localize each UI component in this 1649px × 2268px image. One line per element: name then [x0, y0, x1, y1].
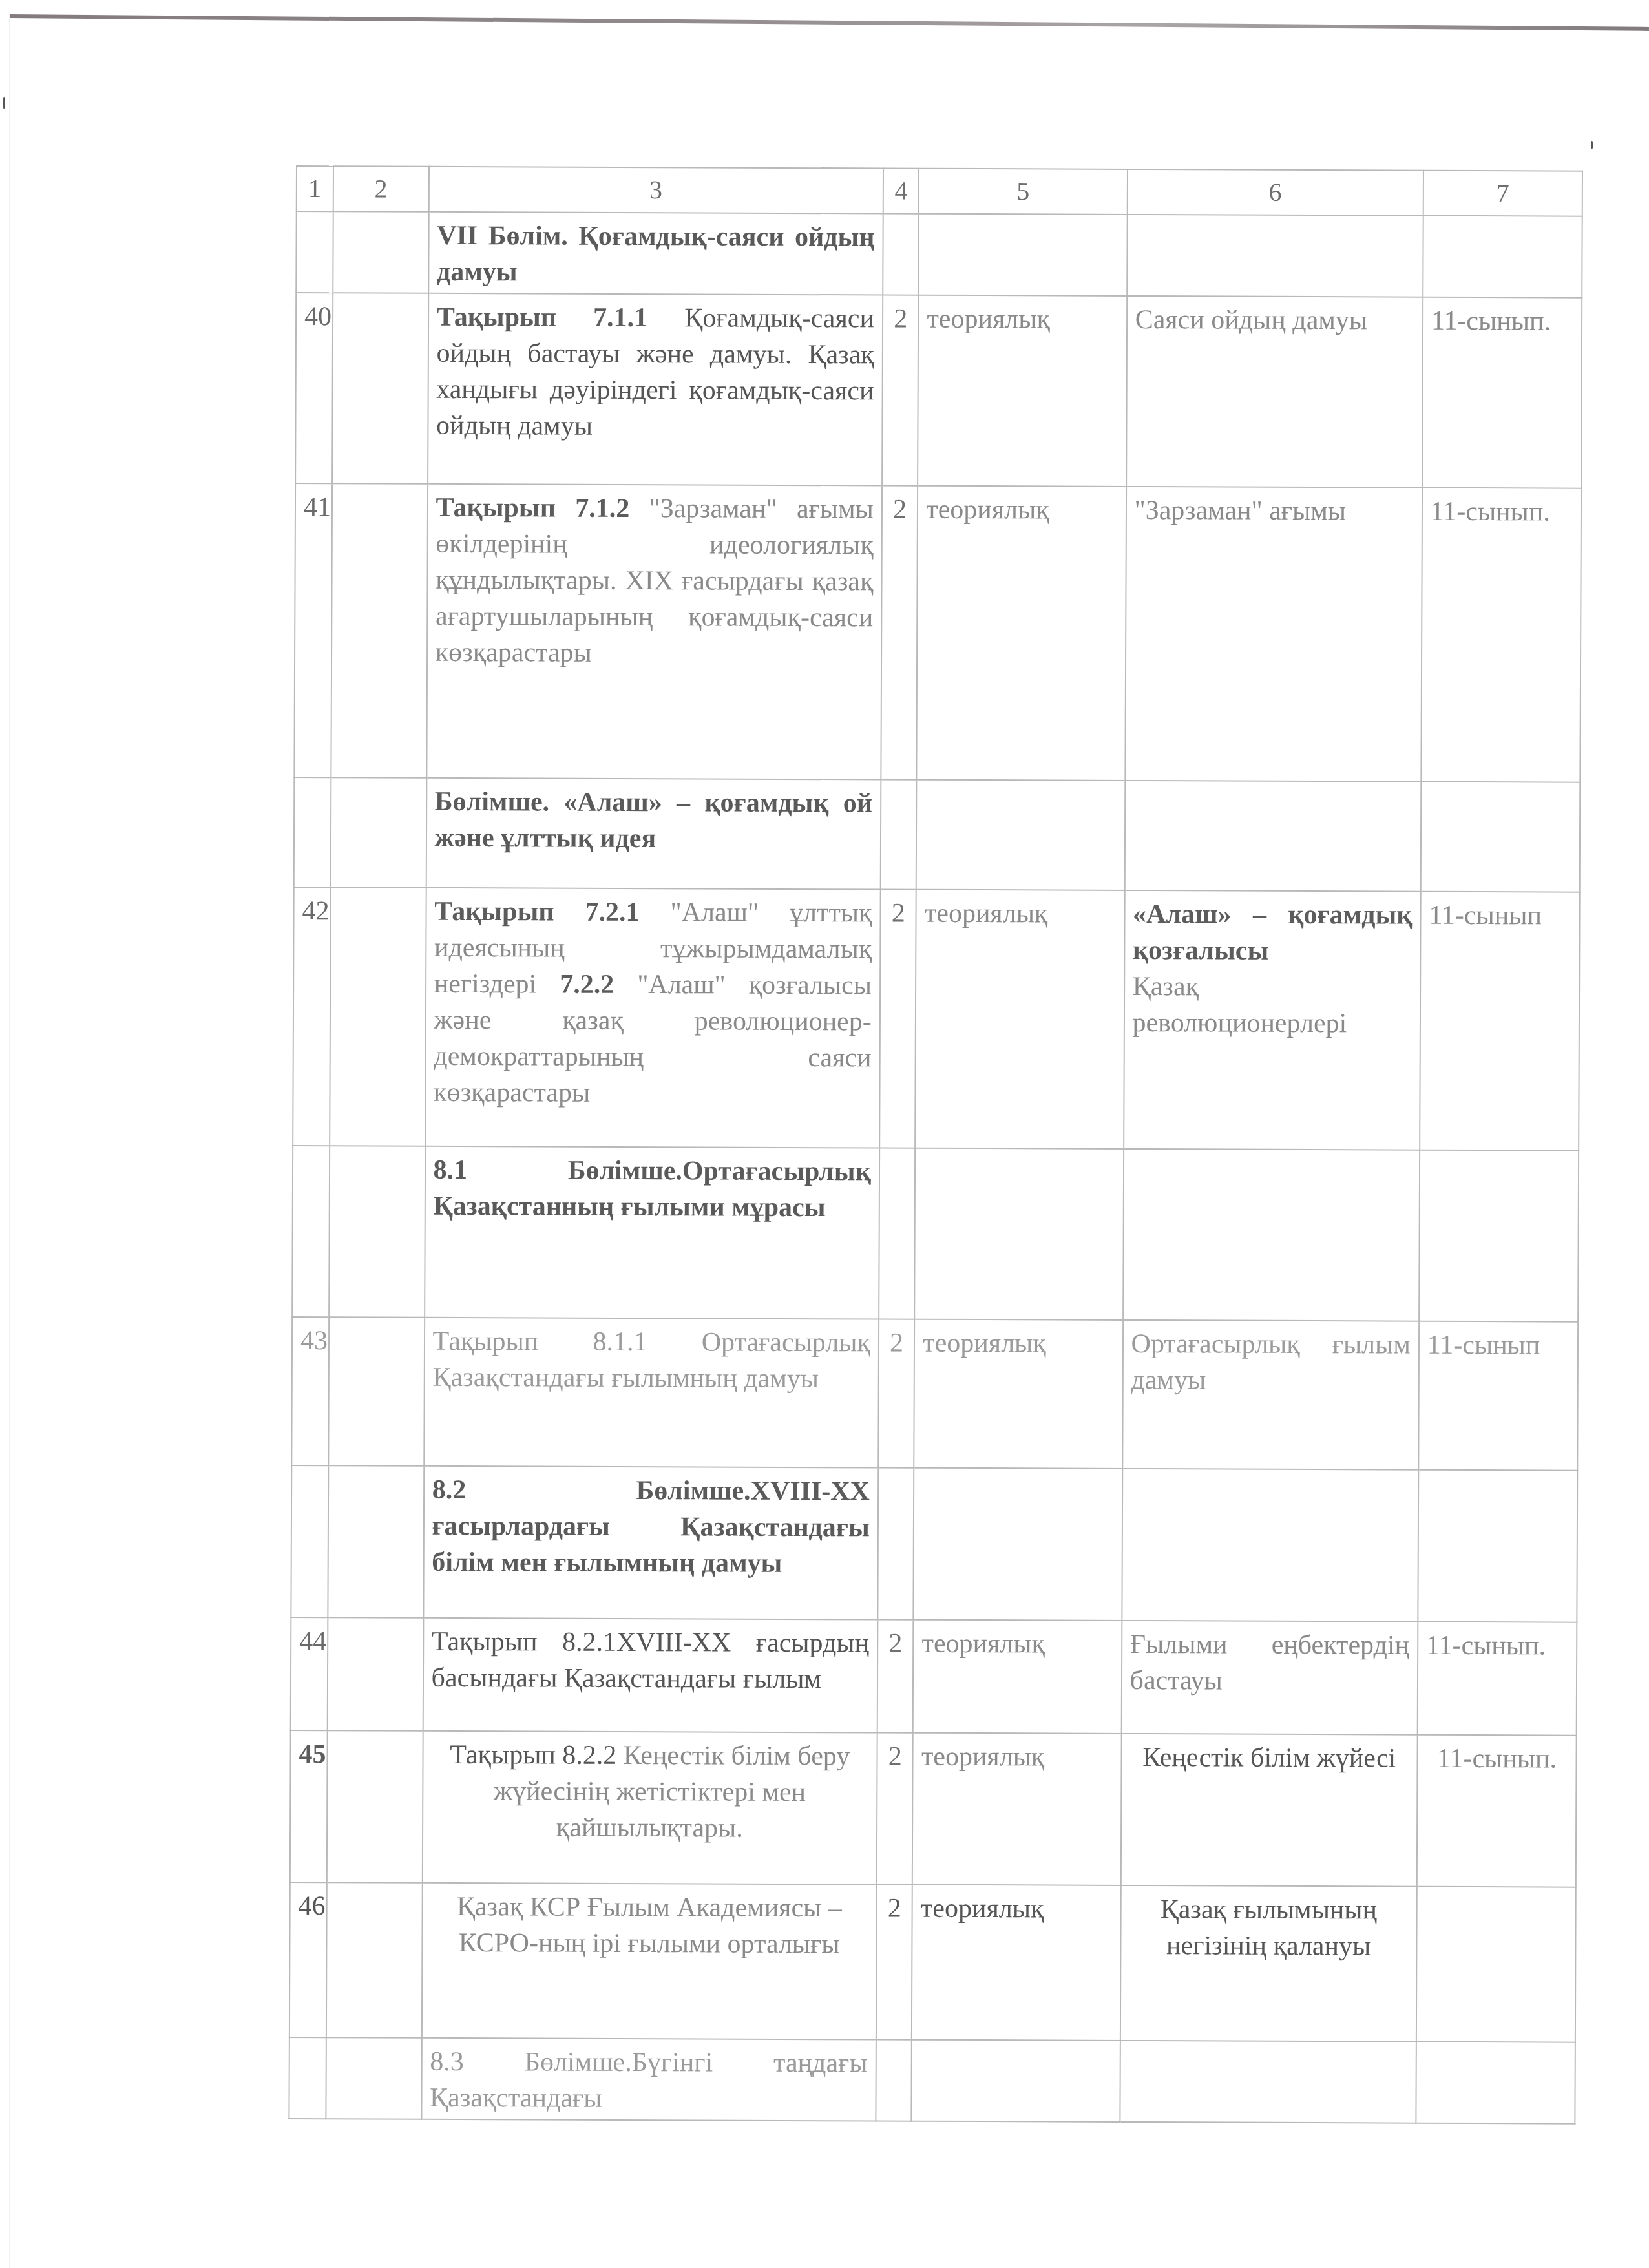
empty-cell	[330, 887, 426, 1146]
section-title: 8.2 Бөлімше.XVIII-XX ғасырлардағы Қазақс…	[423, 1466, 878, 1620]
hours-cell: 2	[877, 1619, 914, 1732]
section-row: VII Бөлім. Қоғамдық-саяси ойдың дамуы	[296, 211, 1582, 298]
section-title: Бөлімше. «Алаш» – қоғамдық ой және ұлтты…	[426, 778, 881, 890]
empty-cell	[912, 2040, 1120, 2122]
row-number: 46	[289, 1882, 327, 2037]
empty-cell	[328, 1465, 424, 1618]
empty-cell	[1120, 2041, 1416, 2123]
grade-cell: 11-сынып.	[1418, 1622, 1577, 1736]
hours-cell: 2	[876, 1884, 912, 2039]
section-row: Бөлімше. «Алаш» – қоғамдық ой және ұлтты…	[294, 777, 1581, 892]
scan-speck	[1591, 141, 1593, 149]
topic-label: Тақырып 7.2.1	[434, 897, 640, 927]
section-title: 8.1 Бөлімше.Ортағасырлық Қазақстанның ғы…	[425, 1146, 879, 1319]
empty-cell	[333, 211, 429, 293]
grade-cell: 11-сынып.	[1421, 488, 1581, 782]
empty-cell	[1423, 216, 1582, 298]
empty-cell	[330, 777, 426, 888]
content-cell: Ғылыми еңбектердің бастауы	[1121, 1621, 1418, 1735]
column-header: 6	[1127, 169, 1423, 216]
content-cell: Кеңестік білім жүйесі	[1120, 1734, 1417, 1887]
hours-cell: 2	[882, 295, 919, 485]
table-row: 42 Тақырып 7.2.1 "Алаш" ұлттық идеясының…	[293, 887, 1580, 1151]
empty-cell	[1419, 1150, 1579, 1322]
content-title: «Алаш» – қоғамдық қозғалысы	[1133, 899, 1413, 966]
empty-cell	[877, 1467, 914, 1619]
hours-cell: 2	[881, 485, 918, 779]
empty-cell	[1122, 1469, 1418, 1622]
table-header-row: 1 2 3 4 5 6 7	[297, 166, 1582, 216]
table-row: 44 Тақырып 8.2.1XVIII-XX ғасырдың басынд…	[291, 1617, 1577, 1736]
topic-cell: Тақырып 8.2.1XVIII-XX ғасырдың басындағы…	[423, 1618, 877, 1733]
grade-cell: 11-сынып.	[1417, 1735, 1577, 1887]
empty-cell	[916, 780, 1125, 890]
column-header: 4	[883, 168, 919, 213]
empty-cell	[326, 1882, 422, 2038]
row-number: 43	[291, 1317, 328, 1465]
lesson-type-cell: теориялық	[917, 486, 1126, 781]
row-number: 45	[290, 1730, 327, 1882]
lesson-type-cell: теориялық	[914, 1319, 1123, 1469]
lesson-type-cell: теориялық	[916, 890, 1125, 1149]
section-title: VII Бөлім. Қоғамдық-саяси ойдың дамуы	[428, 212, 883, 295]
curriculum-table: 1 2 3 4 5 6 7 VII Бөлім. Қоғамдық-саяси …	[288, 165, 1583, 2125]
empty-cell	[883, 213, 919, 295]
empty-cell	[915, 1148, 1124, 1320]
grade-cell: 11-сынып	[1418, 1321, 1578, 1471]
topic-cell: Тақырып 8.2.2 Кеңестік білім беру жүйесі…	[422, 1731, 877, 1885]
topic-cell: Тақырып 7.2.1 "Алаш" ұлттық идеясының тұ…	[425, 888, 881, 1148]
topic-cell: Қазақ КСР Ғылым Академиясы – КСРО-ның ір…	[422, 1883, 877, 2040]
table-row: 40 Тақырып 7.1.1 Қоғамдық-саяси ойдың ба…	[295, 293, 1582, 488]
section-row: 8.2 Бөлімше.XVIII-XX ғасырлардағы Қазақс…	[291, 1465, 1577, 1622]
empty-cell	[331, 483, 428, 778]
hours-cell: 2	[879, 889, 916, 1148]
column-header: 2	[333, 166, 428, 212]
content-cell: «Алаш» – қоғамдық қозғалысыҚазақ революц…	[1124, 890, 1421, 1150]
scan-left-edge	[9, 14, 10, 2268]
table-row: 46 Қазақ КСР Ғылым Академиясы – КСРО-ның…	[289, 1882, 1576, 2042]
grade-cell: 11-сынып.	[1422, 297, 1582, 488]
topic-label: Тақырып 7.1.2	[436, 493, 630, 523]
section-row: 8.3 Бөлімше.Бүгінгі таңдағы Қазақстандағ…	[289, 2037, 1575, 2124]
section-title: 8.3 Бөлімше.Бүгінгі таңдағы Қазақстандағ…	[421, 2038, 876, 2121]
topic-label: Тақырып 8.2.1	[432, 1627, 616, 1657]
lesson-type-cell: теориялық	[912, 1733, 1121, 1885]
content-cell: "Зарзаман" ағымы	[1125, 487, 1422, 782]
column-header: 3	[428, 167, 883, 214]
empty-cell	[1421, 782, 1581, 892]
column-header: 5	[919, 169, 1127, 215]
content-cell: Ортағасырлық ғылым дамуы	[1122, 1320, 1419, 1470]
topic-label: Тақырып 8.2.2	[450, 1740, 616, 1770]
table-row: 41 Тақырып 7.1.2 "Зарзаман" ағымы өкілде…	[294, 483, 1581, 782]
topic-label: Тақырып 7.1.1	[437, 302, 648, 333]
empty-cell	[881, 779, 917, 889]
row-number	[292, 1146, 330, 1317]
scan-page-edge	[10, 14, 1649, 31]
topic-label: Тақырып 8.1.1	[433, 1327, 647, 1357]
topic-cell: Тақырып 7.1.2 "Зарзаман" ағымы өкілдерін…	[426, 484, 882, 780]
empty-cell	[1418, 1470, 1577, 1622]
empty-cell	[326, 1730, 423, 1883]
empty-cell	[1123, 1149, 1420, 1321]
content-cell: Қазақ ғылымының негізінің қалануы	[1120, 1885, 1416, 2042]
empty-cell	[1416, 2042, 1575, 2124]
topic-text: Қазақ КСР Ғылым Академиясы – КСРО-ның ір…	[457, 1892, 842, 1959]
row-number: 41	[294, 483, 331, 777]
empty-cell	[879, 1148, 916, 1319]
empty-cell	[1127, 215, 1423, 297]
row-number	[291, 1465, 328, 1617]
section-row: 8.1 Бөлімше.Ортағасырлық Қазақстанның ғы…	[292, 1146, 1579, 1322]
lesson-type-cell: теориялық	[913, 1620, 1122, 1734]
grade-cell	[1416, 1887, 1576, 2042]
row-number	[289, 2037, 326, 2119]
topic-cell: Тақырып 7.1.1 Қоғамдық-саяси ойдың баста…	[428, 293, 883, 486]
row-number: 42	[293, 887, 330, 1146]
topic-label: 7.2.2	[560, 970, 614, 1000]
topic-cell: Тақырып 8.1.1 Ортағасырлық Қазақстандағы…	[424, 1318, 879, 1468]
row-number: 44	[291, 1617, 328, 1730]
row-number: 40	[295, 293, 333, 483]
hours-cell: 2	[878, 1319, 914, 1467]
lesson-type-cell: теориялық	[912, 1885, 1120, 2041]
empty-cell	[332, 293, 428, 484]
empty-cell	[876, 2039, 912, 2121]
column-header: 7	[1423, 171, 1582, 216]
content-cell: Саяси ойдың дамуы	[1126, 296, 1423, 488]
empty-cell	[327, 1617, 423, 1731]
grade-cell: 11-сынып	[1420, 892, 1580, 1151]
hours-cell: 2	[877, 1732, 913, 1884]
table-row: 43 Тақырып 8.1.1 Ортағасырлық Қазақстанд…	[291, 1317, 1578, 1471]
row-number	[296, 211, 333, 293]
content-text: Қазақ революционерлері	[1132, 972, 1347, 1038]
empty-cell	[919, 214, 1128, 296]
row-number	[294, 777, 331, 887]
empty-cell	[914, 1468, 1122, 1621]
column-header: 1	[297, 166, 333, 211]
empty-cell	[1124, 781, 1421, 892]
empty-cell	[329, 1146, 425, 1318]
empty-cell	[326, 2037, 422, 2119]
table-row: 45 Тақырып 8.2.2 Кеңестік білім беру жүй…	[290, 1730, 1577, 1887]
lesson-type-cell: теориялық	[918, 295, 1126, 487]
empty-cell	[328, 1317, 425, 1466]
scan-speck	[3, 97, 5, 109]
